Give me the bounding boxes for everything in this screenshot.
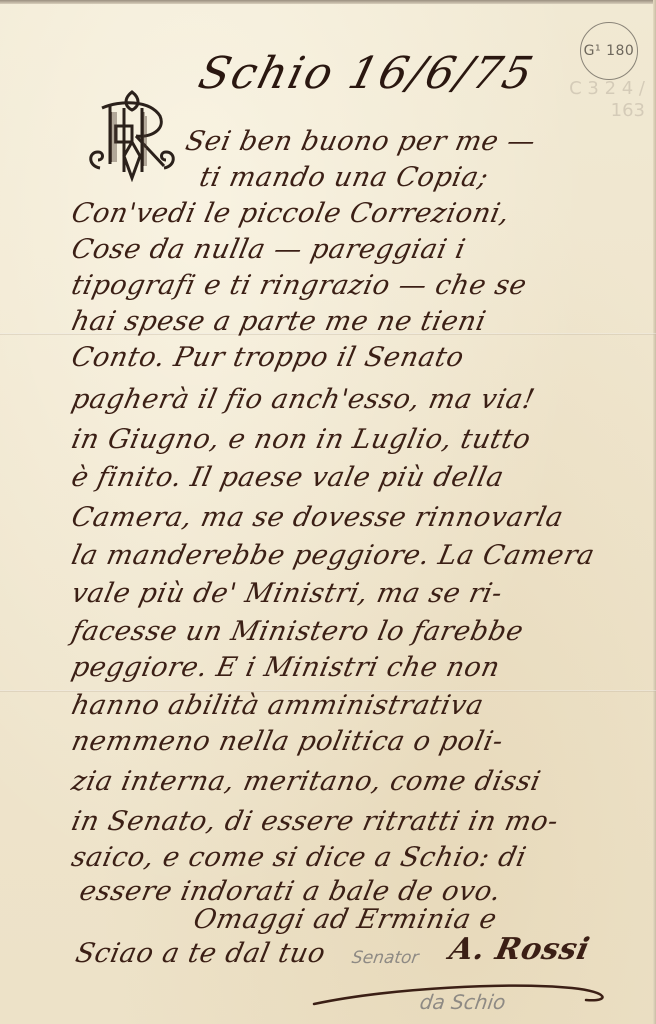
pencil-annotation-senator: Senator <box>351 948 420 968</box>
letter-line: Sei ben buono per me — <box>183 126 539 157</box>
letter-line: è finito. Il paese vale più della <box>69 462 507 493</box>
paper-top-edge <box>0 0 656 4</box>
letter-dateline: Schio 16/6/75 <box>194 48 540 99</box>
letter-line: in Senato, di essere ritratti in mo- <box>69 806 562 837</box>
letter-line: vale più de' Ministri, ma se ri- <box>69 578 506 609</box>
letter-line: pagherà il fio anch'esso, ma via! <box>69 384 538 415</box>
letter-line: la manderebbe peggiore. La Camera <box>69 540 598 571</box>
letter-line: zia interna, meritano, come dissi <box>69 766 544 797</box>
faint-pencil-note: C 3 2 4 / 163 <box>555 78 645 122</box>
letter-line: Con'vedi le piccole Correzioni, <box>69 198 513 229</box>
archive-stamp-text: G¹ 180 <box>584 43 635 59</box>
letter-line: facesse un Ministero lo farebbe <box>69 616 527 647</box>
monogram-icon <box>80 86 184 182</box>
letter-line: nemmeno nella politica o poli- <box>69 726 507 757</box>
pencil-annotation-da-schio: da Schio <box>418 990 507 1014</box>
letter-line: in Giugno, e non in Luglio, tutto <box>69 424 534 455</box>
letter-line: peggiore. E i Ministri che non <box>69 652 503 683</box>
letter-line: hai spese a parte me ne tieni <box>69 306 489 337</box>
letter-line: hanno abilità amministrativa <box>69 690 487 721</box>
letter-line: ti mando una Copia; <box>197 162 492 193</box>
letter-line: essere indorati a bale de ovo. <box>77 876 504 907</box>
signature: A. Rossi <box>446 932 593 967</box>
letter-line: tipografi e ti ringrazio — che se <box>69 270 530 301</box>
archive-stamp: G¹ 180 <box>580 22 638 80</box>
closing-line: Sciao a te dal tuo <box>73 938 329 969</box>
letter-line: Conto. Pur troppo il Senato <box>69 342 467 373</box>
letter-line: Camera, ma se dovesse rinnovarla <box>69 502 567 533</box>
closing-line: Omaggi ad Erminia e <box>191 904 500 935</box>
letter-line: saico, e come si dice a Schio: di <box>69 842 529 873</box>
letter-line: Cose da nulla — pareggiai i <box>69 234 469 265</box>
letter-page: G¹ 180 C 3 2 4 / 163 Schio 16/6/75 Sei b… <box>0 0 656 1024</box>
